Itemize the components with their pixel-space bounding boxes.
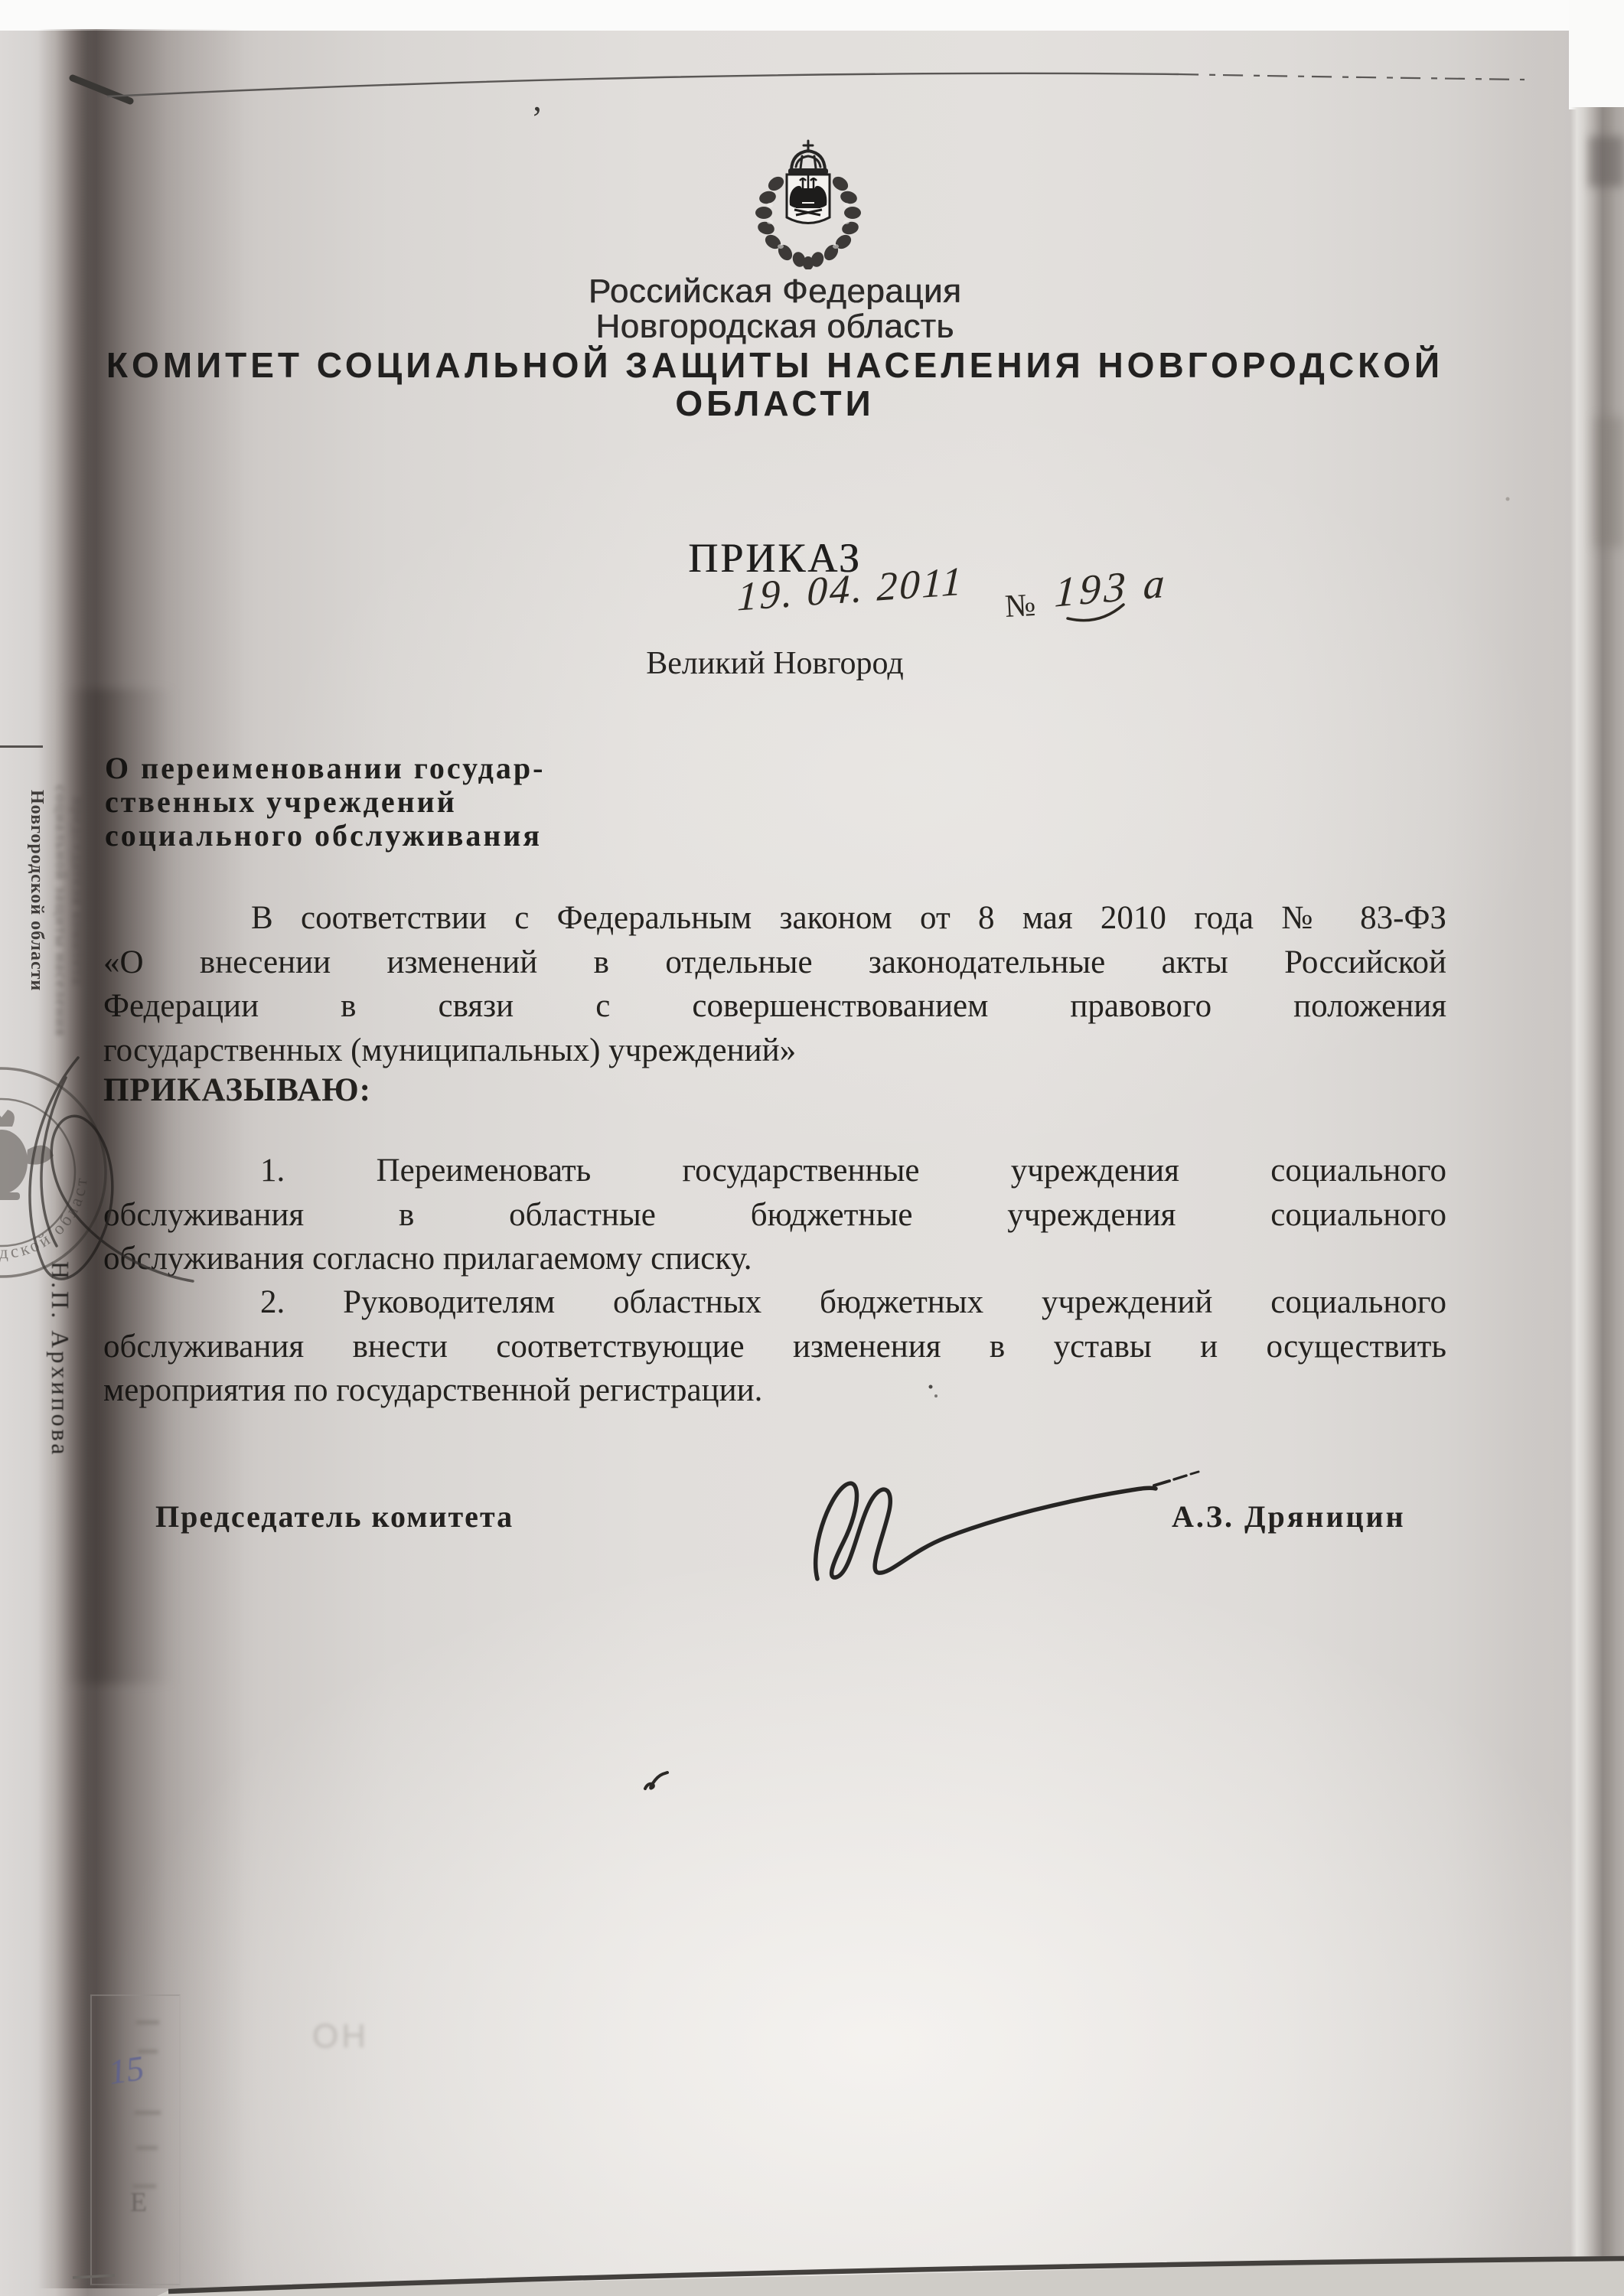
ink-squiggle-icon xyxy=(645,1773,667,1789)
top-edge-line xyxy=(107,73,1179,96)
number-underline-swash xyxy=(1068,605,1123,621)
scanned-order-page: Российская Федерация Новгородская област… xyxy=(0,0,1624,2296)
ink-speck xyxy=(1506,497,1510,501)
ink-speck xyxy=(934,1394,938,1397)
ink-speck xyxy=(929,1385,933,1389)
bottom-left-tick xyxy=(73,2275,115,2278)
corner-ink-mark xyxy=(73,78,130,101)
scan-artifacts-layer xyxy=(0,0,1624,2296)
top-edge-line-dashed xyxy=(1179,74,1525,80)
